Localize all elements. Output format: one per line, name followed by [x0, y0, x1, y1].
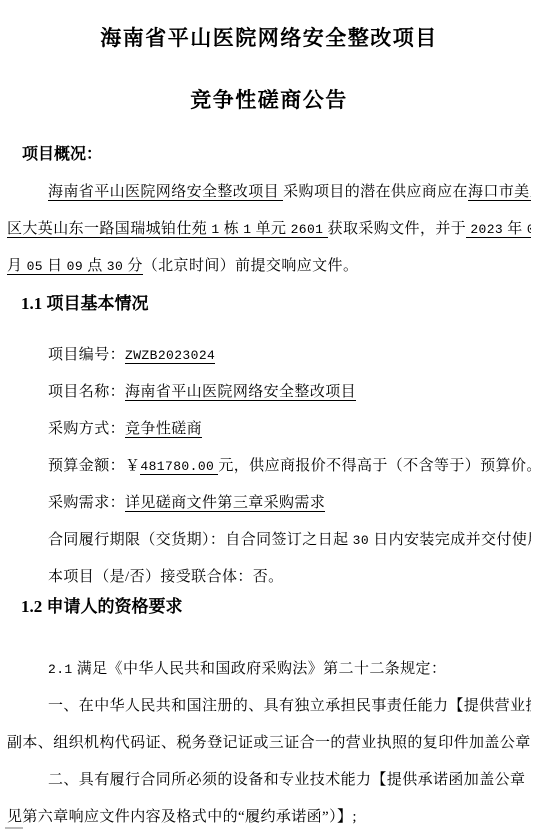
numeric-run: ZWZB2023024 [125, 348, 215, 363]
numeric-run: 1 [243, 222, 251, 237]
overview-paragraph: 海南省平山医院网络安全整改项目 采购项目的潜在供应商应在海口市美兰区大英山东一路… [7, 174, 531, 285]
text-line: 采购方式：竞争性磋商 [7, 411, 531, 448]
text-run: 采购方式： [48, 421, 125, 437]
text-line: 一、在中华人民共和国注册的、具有独立承担民事责任能力【提供营业执照 [7, 688, 531, 725]
section-1-1-heading: 1.1 项目基本情况 [7, 293, 531, 315]
text-line: 副本、组织机构代码证、税务登记证或三证合一的营业执照的复印件加盖公章】; [7, 725, 531, 762]
text-run: 副本、组织机构代码证、税务登记证或三证合一的营业执照的复印件加盖公章】; [7, 735, 531, 751]
text-run: 项目名称： [48, 384, 125, 400]
text-line: 2.1 满足《中华人民共和国政府采购法》第二十二条规定： [7, 651, 531, 688]
text-line: 项目编号：ZWZB2023024 [7, 337, 531, 374]
text-line: 区大英山东一路国瑞城铂仕苑 1 栋 1 单元 2601 获取采购文件，并于 20… [7, 211, 531, 248]
numeric-run: 2601 [291, 222, 324, 237]
underlined-value: 481780.00 [140, 458, 218, 475]
underlined-value: 2023 年 06 [466, 221, 531, 238]
text-run: 一、在中华人民共和国注册的、具有独立承担民事责任能力【提供营业执照 [48, 698, 531, 714]
text-line: 项目名称：海南省平山医院网络安全整改项目 [7, 374, 531, 411]
underlined-value: 海南省平山医院网络安全整改项目 [125, 384, 356, 401]
document-title: 海南省平山医院网络安全整改项目 [7, 25, 531, 52]
paragraph: 2.1 满足《中华人民共和国政府采购法》第二十二条规定： [7, 651, 531, 688]
text-run: 采购项目的潜在供应商应在 [283, 184, 468, 200]
underlined-value: 区大英山东一路国瑞城铂仕苑 1 栋 1 单元 2601 [7, 221, 328, 238]
underlined-value: 海口市美兰 [468, 184, 531, 201]
text-run: 获取采购文件，并于 [328, 221, 467, 237]
numeric-run: 06 [527, 222, 531, 237]
text-run: 采购需求： [48, 495, 125, 511]
text-run: 项目编号： [48, 347, 125, 363]
text-run: 见第六章响应文件内容及格式中的“履约承诺函”）】; [7, 809, 357, 825]
text-run: （北京时间）前提交响应文件。 [143, 258, 359, 274]
numeric-run: 30 [353, 533, 369, 548]
text-line: 采购需求：详见磋商文件第三章采购需求 [7, 485, 531, 522]
text-line: 二、具有履行合同所必须的设备和专业技术能力【提供承诺函加盖公章（详 [7, 762, 531, 799]
overview-heading: 项目概况： [7, 144, 531, 165]
text-line: 预算金额：￥481780.00 元，供应商报价不得高于（不含等于）预算价。 [7, 448, 531, 485]
text-run: 本项目（是/否）接受联合体：否。 [48, 569, 284, 585]
numeric-run: 30 [107, 259, 123, 274]
numeric-run: 2.1 [48, 662, 73, 677]
numeric-run: 2023 [470, 222, 503, 237]
underlined-value: 竞争性磋商 [125, 421, 202, 438]
text-run: 二、具有履行合同所必须的设备和专业技术能力【提供承诺函加盖公章（详 [48, 772, 531, 788]
announcement-type-title: 竞争性磋商公告 [7, 87, 531, 114]
numeric-run: 481780.00 [140, 459, 214, 474]
paragraph: 二、具有履行合同所必须的设备和专业技术能力【提供承诺函加盖公章（详见第六章响应文… [7, 762, 531, 829]
underlined-value: 海南省平山医院网络安全整改项目 [48, 184, 283, 201]
basic-info-list: 项目编号：ZWZB2023024项目名称：海南省平山医院网络安全整改项目采购方式… [7, 337, 531, 596]
numeric-run: 09 [67, 259, 83, 274]
numeric-run: 05 [27, 259, 43, 274]
text-line: 见第六章响应文件内容及格式中的“履约承诺函”）】; [7, 799, 531, 829]
underlined-value: ZWZB2023024 [125, 347, 215, 364]
text-run: 2.1 满足《中华人民共和国政府采购法》第二十二条规定： [48, 661, 446, 677]
text-line: 本项目（是/否）接受联合体：否。 [7, 559, 531, 596]
underlined-value: 月 05 日 09 点 30 分 [7, 258, 143, 275]
text-line: 海南省平山医院网络安全整改项目 采购项目的潜在供应商应在海口市美兰 [7, 174, 531, 211]
text-line: 合同履行期限（交货期）：自合同签订之日起 30 日内安装完成并交付使用。 [7, 522, 531, 559]
paragraph: 一、在中华人民共和国注册的、具有独立承担民事责任能力【提供营业执照副本、组织机构… [7, 688, 531, 762]
document-page: 海南省平山医院网络安全整改项目 竞争性磋商公告 项目概况： 海南省平山医院网络安… [0, 0, 538, 829]
section-1-2-heading: 1.2 申请人的资格要求 [7, 596, 531, 618]
text-run: 预算金额：￥ [48, 458, 140, 474]
underlined-value: 详见磋商文件第三章采购需求 [125, 495, 325, 512]
qualification-paragraphs: 2.1 满足《中华人民共和国政府采购法》第二十二条规定：一、在中华人民共和国注册… [7, 651, 531, 829]
text-line: 月 05 日 09 点 30 分（北京时间）前提交响应文件。 [7, 248, 531, 285]
text-run: 元，供应商报价不得高于（不含等于）预算价。 [218, 458, 531, 474]
text-run: 合同履行期限（交货期）：自合同签订之日起 30 日内安装完成并交付使用。 [48, 532, 531, 548]
numeric-run: 1 [211, 222, 219, 237]
